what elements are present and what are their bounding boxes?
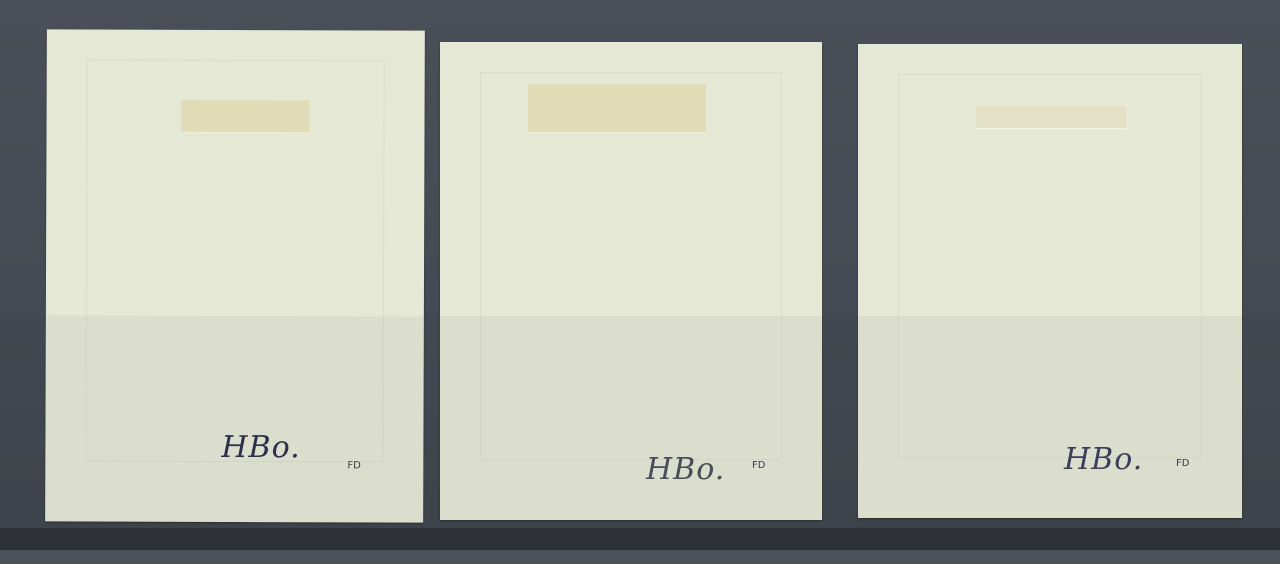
- expert-signature: HBo.: [221, 430, 300, 465]
- expert-signature: HBo.: [1064, 442, 1143, 477]
- expert-mark: FD: [752, 460, 765, 471]
- stamp-back-2: HBo. FD: [440, 42, 822, 520]
- hinge-remnant: [528, 84, 706, 133]
- stock-page-edge: [0, 550, 1280, 564]
- stock-page-rail: [0, 528, 1280, 550]
- hinge-remnant: [976, 106, 1126, 129]
- expert-mark: FD: [1176, 458, 1189, 469]
- expert-signature: HBo.: [646, 452, 725, 487]
- stamp-back-3: HBo. FD: [858, 44, 1242, 518]
- shadow-band: [858, 316, 1242, 518]
- shadow-band: [440, 316, 822, 520]
- expert-mark: FD: [347, 460, 360, 471]
- stamp-back-1: HBo. FD: [45, 29, 425, 522]
- hinge-remnant: [181, 100, 309, 133]
- shadow-band: [45, 315, 424, 522]
